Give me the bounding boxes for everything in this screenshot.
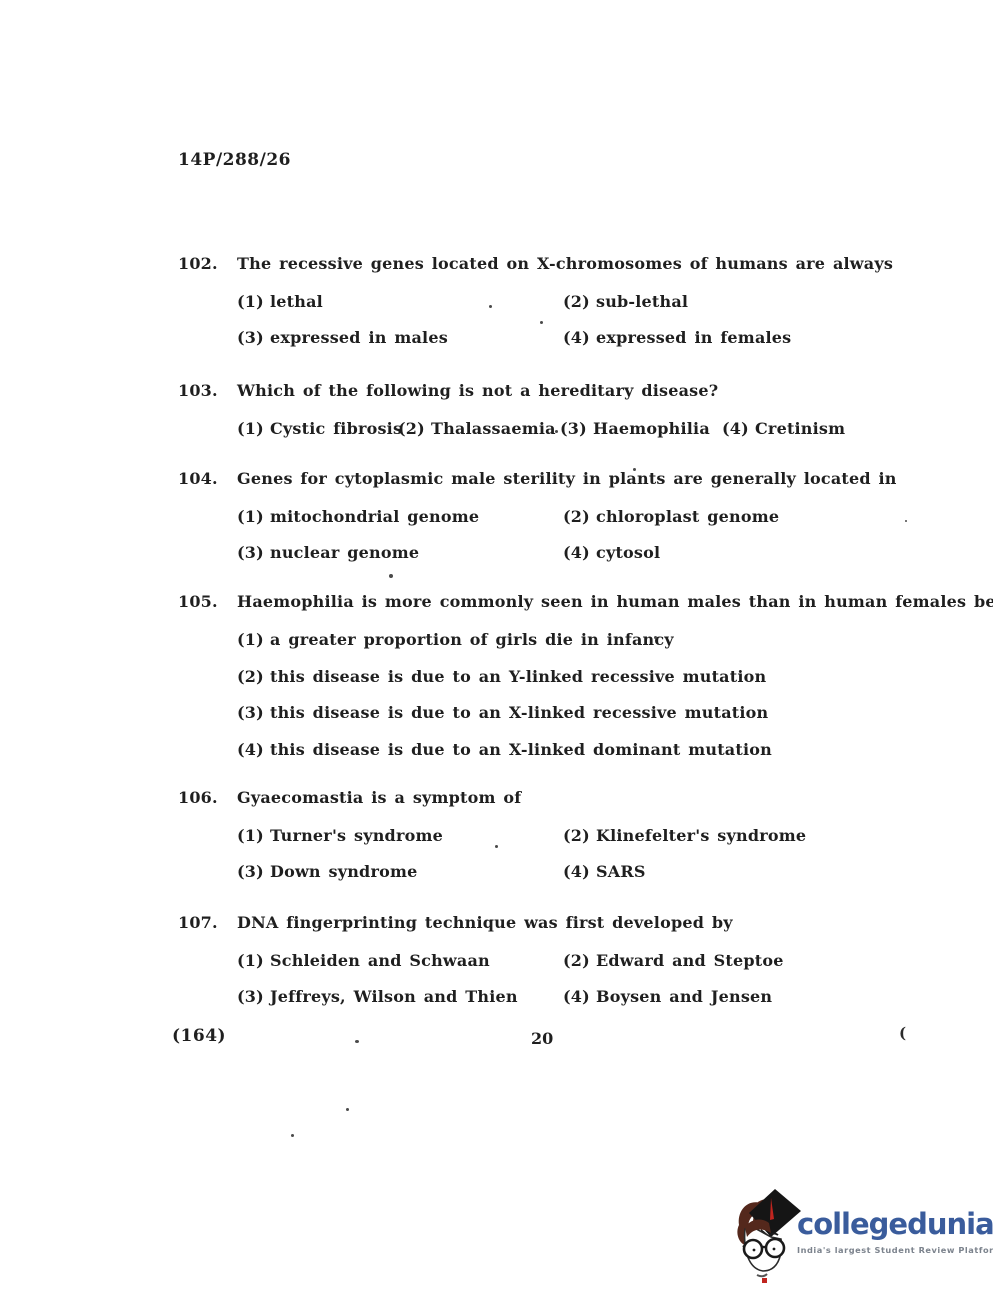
option-text: nuclear genome: [270, 542, 419, 578]
collegedunia-mascot-icon: [731, 1185, 805, 1283]
option-3: (3)Down syndrome: [237, 861, 563, 897]
option-text: this disease is due to an X-linked reces…: [270, 702, 768, 739]
question-106: 106. Gyaecomastia is a symptom of (1)Tur…: [178, 786, 920, 897]
option-3: (3)nuclear genome: [237, 542, 563, 578]
option-4: (4)this disease is due to an X-linked do…: [237, 739, 920, 776]
scan-speck: [654, 636, 657, 639]
scan-speck: [905, 520, 907, 522]
option-text: Turner's syndrome: [270, 825, 443, 861]
option-marker: (3): [237, 702, 270, 739]
scan-speck: [389, 574, 393, 578]
option-marker: (1): [237, 291, 270, 327]
question-options: (1)Schleiden and Schwaan (2)Edward and S…: [237, 950, 920, 1022]
option-marker: (1): [237, 950, 270, 986]
option-4: (4)cytosol: [563, 542, 920, 578]
option-2: (2)Thalassaemia: [398, 418, 560, 454]
option-text: Thalassaemia: [431, 418, 556, 454]
option-text: mitochondrial genome: [270, 506, 479, 542]
option-text: Boysen and Jensen: [596, 986, 772, 1022]
question-text: Genes for cytoplasmic male sterility in …: [237, 467, 897, 491]
question-options: (1)mitochondrial genome (2)chloroplast g…: [237, 506, 920, 578]
option-marker: (2): [563, 950, 596, 986]
option-marker: (3): [237, 986, 270, 1022]
option-3: (3)Jeffreys, Wilson and Thien: [237, 986, 563, 1022]
option-marker: (4): [722, 418, 755, 454]
logo-text-block: collegedunia .com India's largest Studen…: [797, 1185, 993, 1255]
option-marker: (4): [563, 861, 596, 897]
question-head: 106. Gyaecomastia is a symptom of: [178, 786, 920, 810]
option-marker: (3): [237, 861, 270, 897]
question-102: 102. The recessive genes located on X-ch…: [178, 252, 920, 363]
option-2: (2)Klinefelter's syndrome: [563, 825, 920, 861]
option-text: Klinefelter's syndrome: [596, 825, 806, 861]
option-text: chloroplast genome: [596, 506, 779, 542]
option-1: (1)Schleiden and Schwaan: [237, 950, 563, 986]
question-103: 103. Which of the following is not a her…: [178, 379, 920, 454]
question-number: 105.: [178, 590, 237, 614]
logo-wordmark: collegedunia: [797, 1210, 993, 1238]
option-text: cytosol: [596, 542, 660, 578]
option-marker: (2): [563, 825, 596, 861]
option-2: (2)this disease is due to an Y-linked re…: [237, 666, 920, 703]
question-options: (1)a greater proportion of girls die in …: [237, 629, 920, 775]
option-3: (3)expressed in males: [237, 327, 563, 363]
scan-speck: [540, 321, 543, 324]
question-head: 107. DNA fingerprinting technique was fi…: [178, 911, 920, 935]
option-3: (3)this disease is due to an X-linked re…: [237, 702, 920, 739]
scan-speck: [489, 305, 492, 308]
option-text: Haemophilia: [593, 418, 710, 454]
option-text: SARS: [596, 861, 646, 897]
option-marker: (3): [560, 418, 593, 454]
option-2: (2)Edward and Steptoe: [563, 950, 920, 986]
option-marker: (2): [398, 418, 431, 454]
option-text: lethal: [270, 291, 323, 327]
option-4: (4)Cretinism: [722, 418, 920, 454]
question-head: 104. Genes for cytoplasmic male sterilit…: [178, 467, 920, 491]
question-head: 103. Which of the following is not a her…: [178, 379, 920, 403]
question-text: Gyaecomastia is a symptom of: [237, 786, 521, 810]
option-text: this disease is due to an X-linked domin…: [270, 739, 772, 776]
option-marker: (2): [563, 506, 596, 542]
option-text: Jeffreys, Wilson and Thien: [270, 986, 518, 1022]
scan-speck: [346, 1108, 349, 1111]
option-text: Down syndrome: [270, 861, 417, 897]
question-105: 105. Haemophilia is more commonly seen i…: [178, 590, 920, 775]
question-options: (1)Turner's syndrome (2)Klinefelter's sy…: [237, 825, 920, 897]
option-marker: (4): [563, 986, 596, 1022]
option-1: (1)lethal: [237, 291, 563, 327]
option-marker: (4): [563, 542, 596, 578]
option-1: (1)Turner's syndrome: [237, 825, 563, 861]
option-marker: (3): [237, 327, 270, 363]
question-text: Which of the following is not a heredita…: [237, 379, 718, 403]
option-text: this disease is due to an Y-linked reces…: [270, 666, 766, 703]
option-text: Cretinism: [755, 418, 845, 454]
option-1: (1)mitochondrial genome: [237, 506, 563, 542]
option-marker: (1): [237, 629, 270, 666]
question-number: 103.: [178, 379, 237, 403]
question-number: 106.: [178, 786, 237, 810]
option-marker: (1): [237, 418, 270, 454]
scan-speck: [633, 468, 636, 471]
option-marker: (4): [563, 327, 596, 363]
option-marker: (2): [563, 291, 596, 327]
question-107: 107. DNA fingerprinting technique was fi…: [178, 911, 920, 1022]
option-marker: (2): [237, 666, 270, 703]
scan-stray-mark: (: [899, 1024, 906, 1042]
option-1: (1)Cystic fibrosis: [237, 418, 398, 454]
question-text: Haemophilia is more commonly seen in hum…: [237, 590, 993, 614]
option-3: (3)Haemophilia: [560, 418, 722, 454]
question-104: 104. Genes for cytoplasmic male sterilit…: [178, 467, 920, 578]
paper-code: 14P/288/26: [178, 150, 291, 170]
option-text: a greater proportion of girls die in inf…: [270, 629, 674, 666]
option-marker: (1): [237, 506, 270, 542]
question-number: 107.: [178, 911, 237, 935]
option-4: (4)expressed in females: [563, 327, 920, 363]
option-text: Edward and Steptoe: [596, 950, 784, 986]
collegedunia-logo[interactable]: collegedunia .com India's largest Studen…: [731, 1185, 989, 1287]
option-text: Cystic fibrosis: [270, 418, 402, 454]
question-text: DNA fingerprinting technique was first d…: [237, 911, 733, 935]
scan-speck: [355, 1040, 359, 1043]
booklet-series: (164): [172, 1026, 226, 1046]
option-text: expressed in males: [270, 327, 448, 363]
option-2: (2)sub-lethal: [563, 291, 920, 327]
question-number: 102.: [178, 252, 237, 276]
question-number: 104.: [178, 467, 237, 491]
option-text: expressed in females: [596, 327, 791, 363]
option-2: (2)chloroplast genome: [563, 506, 920, 542]
question-text: The recessive genes located on X-chromos…: [237, 252, 893, 276]
question-head: 102. The recessive genes located on X-ch…: [178, 252, 920, 276]
scanned-exam-page: 14P/288/26 102. The recessive genes loca…: [0, 0, 993, 1303]
question-options: (1)lethal (2)sub-lethal (3)expressed in …: [237, 291, 920, 363]
question-head: 105. Haemophilia is more commonly seen i…: [178, 590, 920, 614]
page-number: 20: [531, 1029, 553, 1048]
option-marker: (4): [237, 739, 270, 776]
option-1: (1)a greater proportion of girls die in …: [237, 629, 920, 666]
scan-speck: [555, 430, 558, 433]
option-marker: (3): [237, 542, 270, 578]
option-marker: (1): [237, 825, 270, 861]
option-text: Schleiden and Schwaan: [270, 950, 490, 986]
option-text: sub-lethal: [596, 291, 688, 327]
option-4: (4)Boysen and Jensen: [563, 986, 920, 1022]
option-4: (4)SARS: [563, 861, 920, 897]
scan-speck: [495, 845, 498, 848]
logo-tagline: India's largest Student Review Platform: [797, 1245, 993, 1255]
scan-speck: [291, 1134, 294, 1137]
question-options: (1)Cystic fibrosis (2)Thalassaemia (3)Ha…: [237, 418, 920, 454]
